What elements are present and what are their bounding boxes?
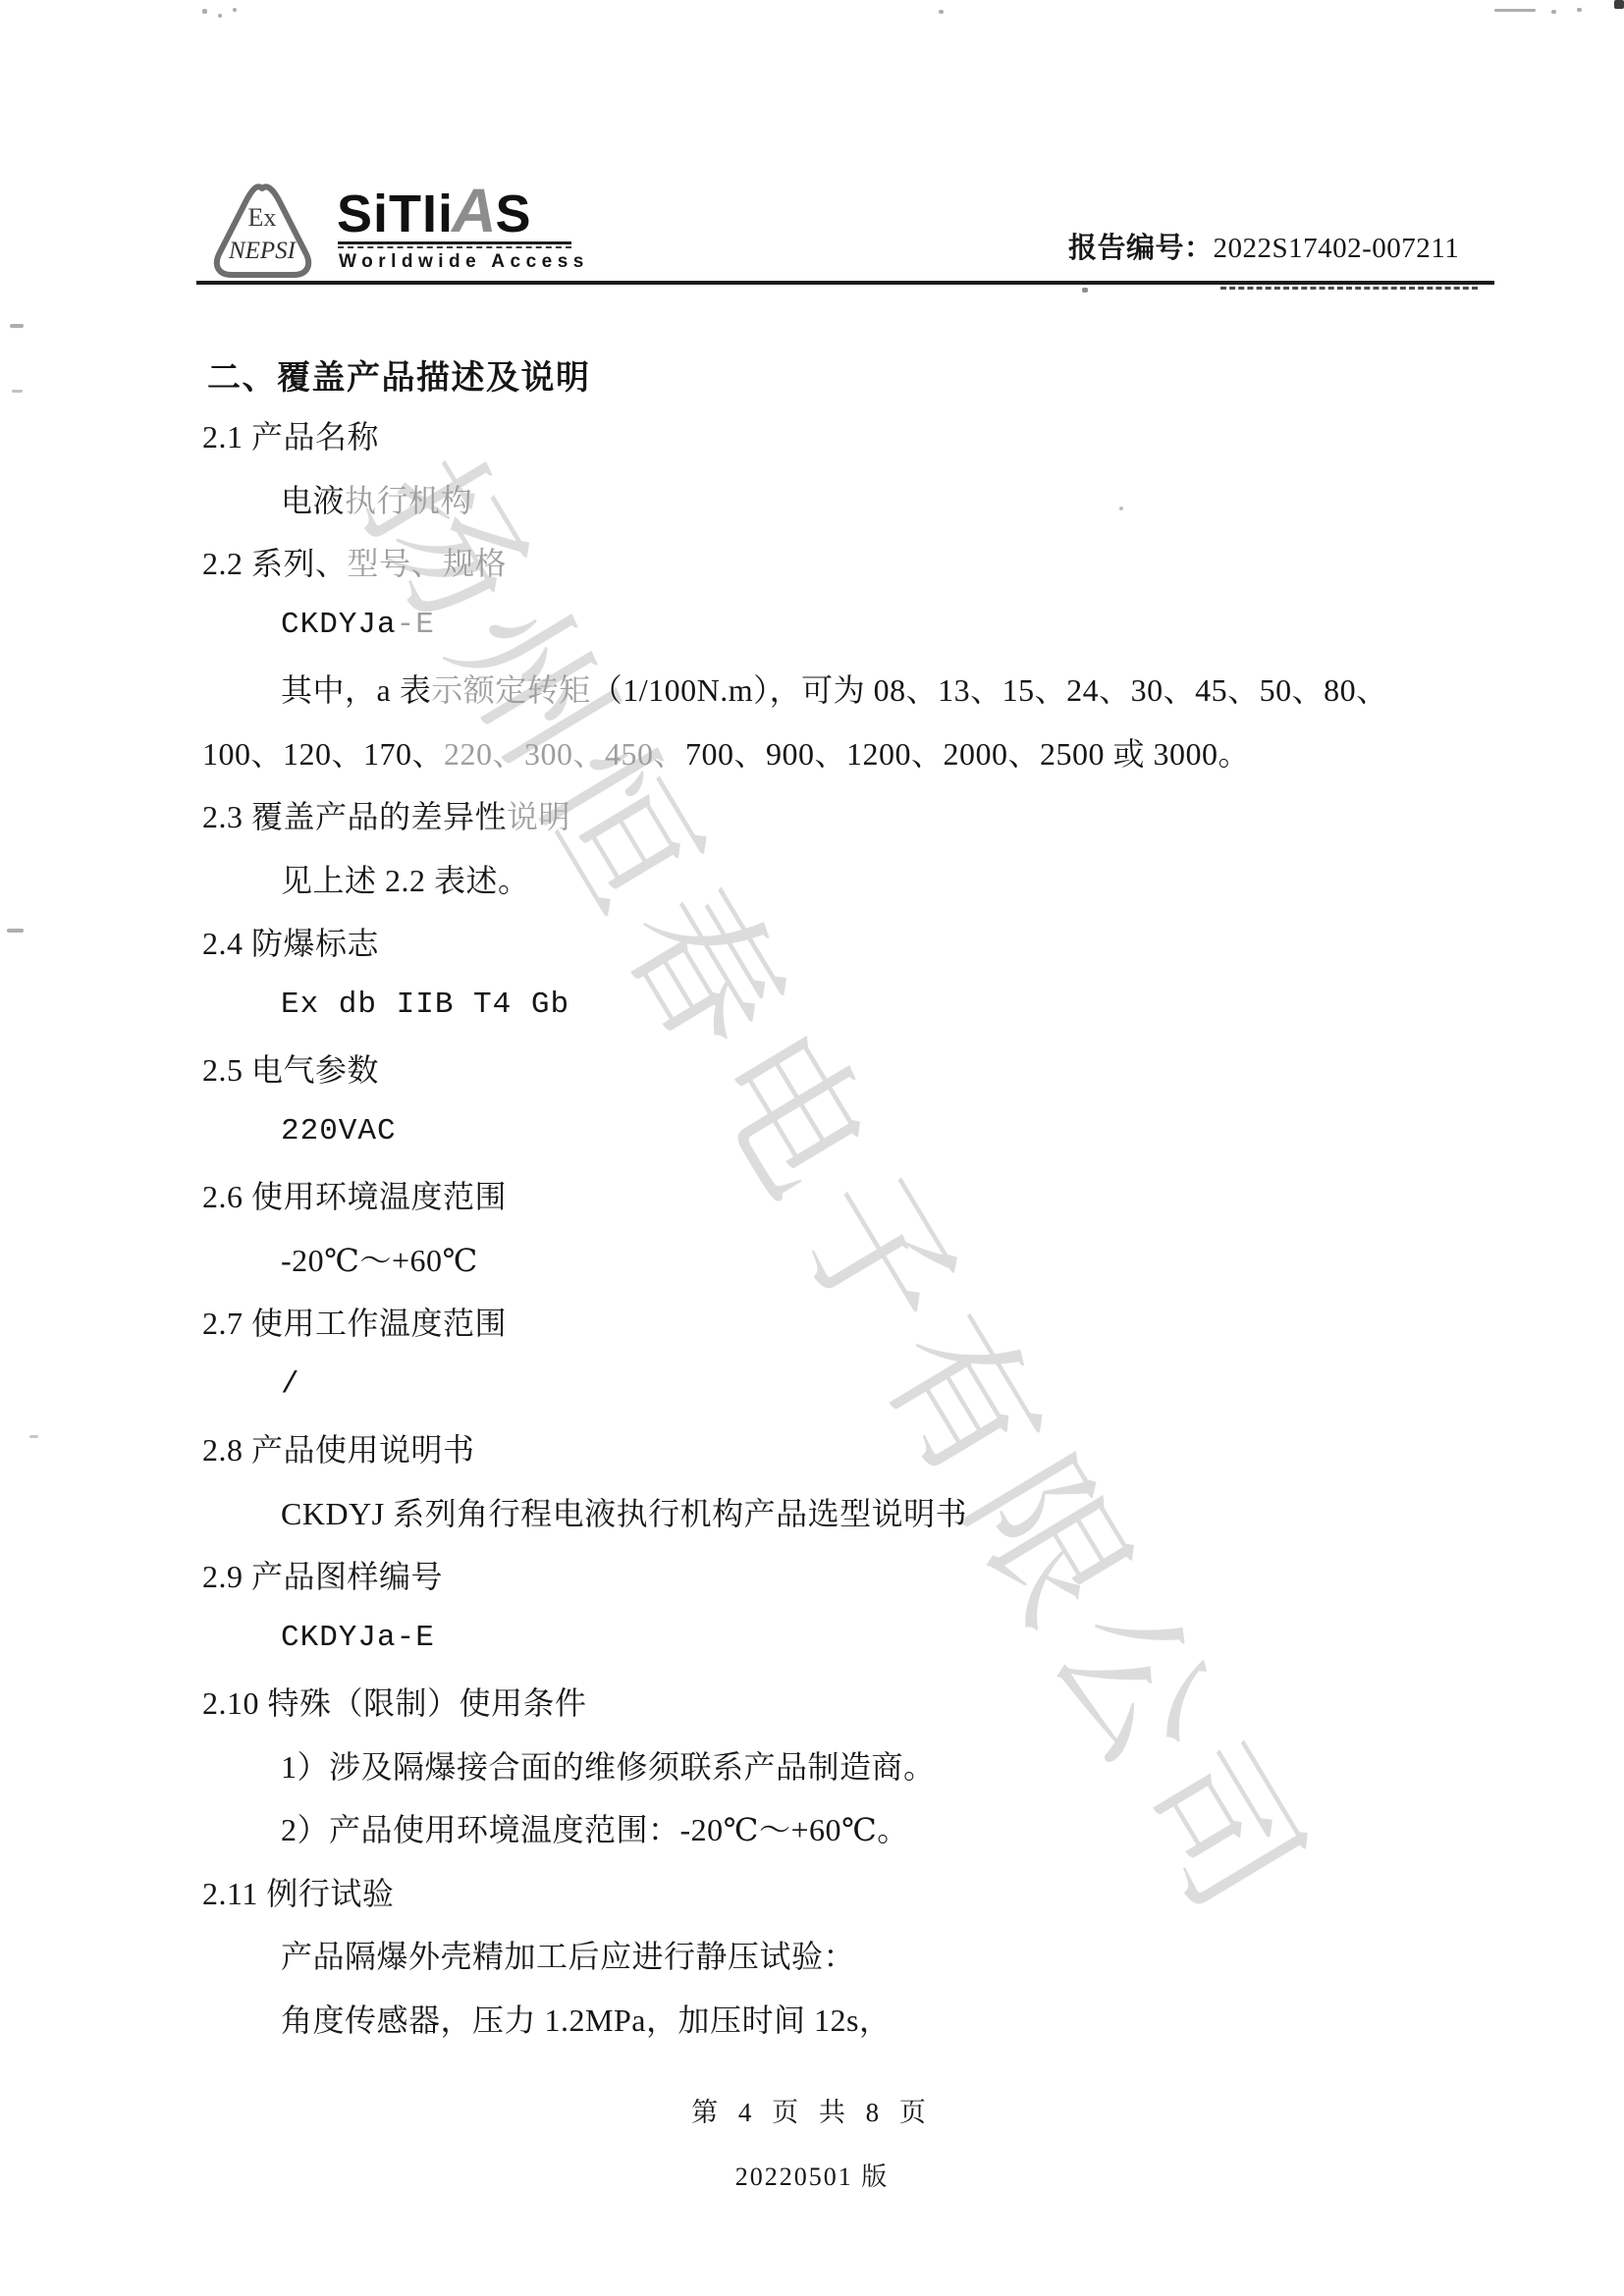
scan-artifact <box>233 8 237 12</box>
working-temp-value: / <box>0 1354 1624 1417</box>
nepsi-mark-text: NEPSI <box>228 238 298 264</box>
sec-2-1-heading: 2.1 产品名称 <box>0 403 1624 467</box>
sec-2-3-value: 见上述 2.2 表述。 <box>0 847 1624 911</box>
scan-artifact <box>7 929 24 933</box>
drawing-number-value: CKDYJa-E <box>0 1607 1624 1671</box>
text-segment: 2.1 产品名称 <box>202 412 379 457</box>
special-condition-1: 1）涉及隔爆接合面的维修须联系产品制造商。 <box>0 1734 1624 1797</box>
electrical-params-value: 220VAC <box>0 1100 1624 1164</box>
scan-artifact <box>1577 8 1582 12</box>
version-label: 20220501 版 <box>0 2157 1624 2193</box>
text-segment: 2.6 使用环境温度范围 <box>202 1172 507 1217</box>
routine-test-line-2: 角度传感器，压力 1.2MPa，加压时间 12s， <box>0 1987 1624 2051</box>
text-segment: （1/100N.m），可为 08、13、15、24、30、45、50、80、 <box>591 666 1388 711</box>
text-segment: -E <box>397 608 435 642</box>
page-number: 第 4 页 共 8 页 <box>0 2091 1624 2129</box>
scan-artifact <box>202 9 207 14</box>
sec-2-2-heading: 2.2 系列、型号、规格 <box>0 530 1624 594</box>
text-segment: 2.7 使用工作温度范围 <box>202 1299 507 1344</box>
text-segment: 2.11 例行试验 <box>202 1869 394 1914</box>
special-condition-2: 2）产品使用环境温度范围：-20℃～+60℃。 <box>0 1796 1624 1860</box>
text-segment: 1）涉及隔爆接合面的维修须联系产品制造商。 <box>281 1742 936 1788</box>
scan-artifact <box>1551 10 1556 14</box>
text-segment: 220VAC <box>281 1114 397 1148</box>
document-body: 2.1 产品名称 电液执行机构 2.2 系列、型号、规格 CKDYJa-E 其中… <box>0 403 1624 2050</box>
text-segment: 见上述 2.2 表述。 <box>281 856 530 901</box>
text-segment: CKDYJ 系列角行程电液执行机构产品选型说明书 <box>281 1489 967 1534</box>
text-segment: CKDYJa-E <box>281 1621 435 1655</box>
report-number-line: 报告编号：2022S17402-007211 <box>1068 226 1459 266</box>
scan-artifact <box>218 14 222 18</box>
text-segment: 电液 <box>281 476 345 521</box>
report-number-label: 报告编号： <box>1068 233 1214 264</box>
sec-2-10-heading: 2.10 特殊（限制）使用条件 <box>0 1670 1624 1734</box>
sec-2-5-heading: 2.5 电气参数 <box>0 1037 1624 1100</box>
sitiias-wordmark: SiTIiAS <box>337 185 582 240</box>
wordmark-a: A <box>448 185 503 238</box>
model-explanation-line-1: 其中，a 表示额定转矩（1/100N.m），可为 08、13、15、24、30、… <box>0 657 1624 721</box>
sec-2-9-heading: 2.9 产品图样编号 <box>0 1543 1624 1607</box>
text-segment: 执行机构 <box>345 476 472 521</box>
sec-2-8-heading: 2.8 产品使用说明书 <box>0 1416 1624 1480</box>
scan-artifact <box>10 324 24 328</box>
sec-2-6-heading: 2.6 使用环境温度范围 <box>0 1163 1624 1227</box>
scan-artifact <box>1119 507 1123 510</box>
text-segment: -20℃～+60℃ <box>281 1236 478 1281</box>
text-segment: 2.8 产品使用说明书 <box>202 1425 475 1470</box>
scan-artifact <box>1494 9 1536 12</box>
section-title: 二、覆盖产品描述及说明 <box>207 350 591 399</box>
text-segment: 说明 <box>507 792 570 837</box>
scan-artifact <box>939 10 944 14</box>
text-segment: CKDYJa <box>281 608 397 642</box>
text-segment: 700、900、1200、2000、2500 或 3000。 <box>685 729 1250 774</box>
text-segment: 2.5 电气参数 <box>202 1045 379 1091</box>
text-segment: 220、300、450、 <box>444 729 685 774</box>
text-segment: 示额定转矩 <box>431 666 591 711</box>
text-segment: 2.9 产品图样编号 <box>202 1552 443 1597</box>
text-segment: Ex db IIB T4 Gb <box>281 988 569 1022</box>
sec-2-4-heading: 2.4 防爆标志 <box>0 910 1624 974</box>
sec-2-3-heading: 2.3 覆盖产品的差异性说明 <box>0 783 1624 847</box>
scan-artifact <box>1614 0 1624 9</box>
header-divider-dash <box>1220 287 1478 290</box>
product-name-value: 电液执行机构 <box>0 467 1624 531</box>
wordmark-left: SiTIi <box>337 185 454 243</box>
text-segment: 2.2 系列、 <box>202 539 348 584</box>
wordmark-underline-dash <box>338 246 571 248</box>
wordmark-tagline: Worldwide Access <box>339 251 584 273</box>
ex-nepsi-logo-icon: Ex NEPSI <box>206 182 319 284</box>
text-segment: 2.3 覆盖产品的差异性 <box>202 792 507 837</box>
routine-test-line-1: 产品隔爆外壳精加工后应进行静压试验： <box>0 1923 1624 1987</box>
text-segment: 型号、规格 <box>348 539 508 584</box>
ex-marking-value: Ex db IIB T4 Gb <box>0 974 1624 1038</box>
text-segment: 角度传感器，压力 1.2MPa，加压时间 12s， <box>281 1996 891 2041</box>
model-code-value: CKDYJa-E <box>0 594 1624 658</box>
text-segment: 其中，a 表 <box>281 666 431 711</box>
ex-mark-text: Ex <box>248 203 277 232</box>
wordmark-underline <box>338 241 571 244</box>
text-segment: 2）产品使用环境温度范围：-20℃～+60℃。 <box>281 1805 909 1850</box>
text-segment: 100、120、170、 <box>202 729 444 774</box>
ambient-temp-value: -20℃～+60℃ <box>0 1227 1624 1291</box>
model-explanation-line-2: 100、120、170、220、300、450、700、900、1200、200… <box>0 721 1624 784</box>
report-number-value: 2022S17402-007211 <box>1214 233 1460 264</box>
text-segment: 产品隔爆外壳精加工后应进行静压试验： <box>281 1932 855 1977</box>
scan-artifact <box>12 390 23 393</box>
sec-2-11-heading: 2.11 例行试验 <box>0 1860 1624 1924</box>
document-page: 扬州恒春电子有限公司 Ex NEPSI SiTIiAS Worldwide Ac… <box>0 0 1624 2296</box>
scan-artifact <box>1082 288 1088 293</box>
sec-2-7-heading: 2.7 使用工作温度范围 <box>0 1290 1624 1354</box>
manual-name-value: CKDYJ 系列角行程电液执行机构产品选型说明书 <box>0 1480 1624 1544</box>
scan-artifact <box>29 1435 38 1438</box>
header-divider <box>196 281 1494 285</box>
text-segment: 2.4 防爆标志 <box>202 919 379 964</box>
text-segment: / <box>281 1367 300 1402</box>
text-segment: 2.10 特殊（限制）使用条件 <box>202 1679 587 1724</box>
